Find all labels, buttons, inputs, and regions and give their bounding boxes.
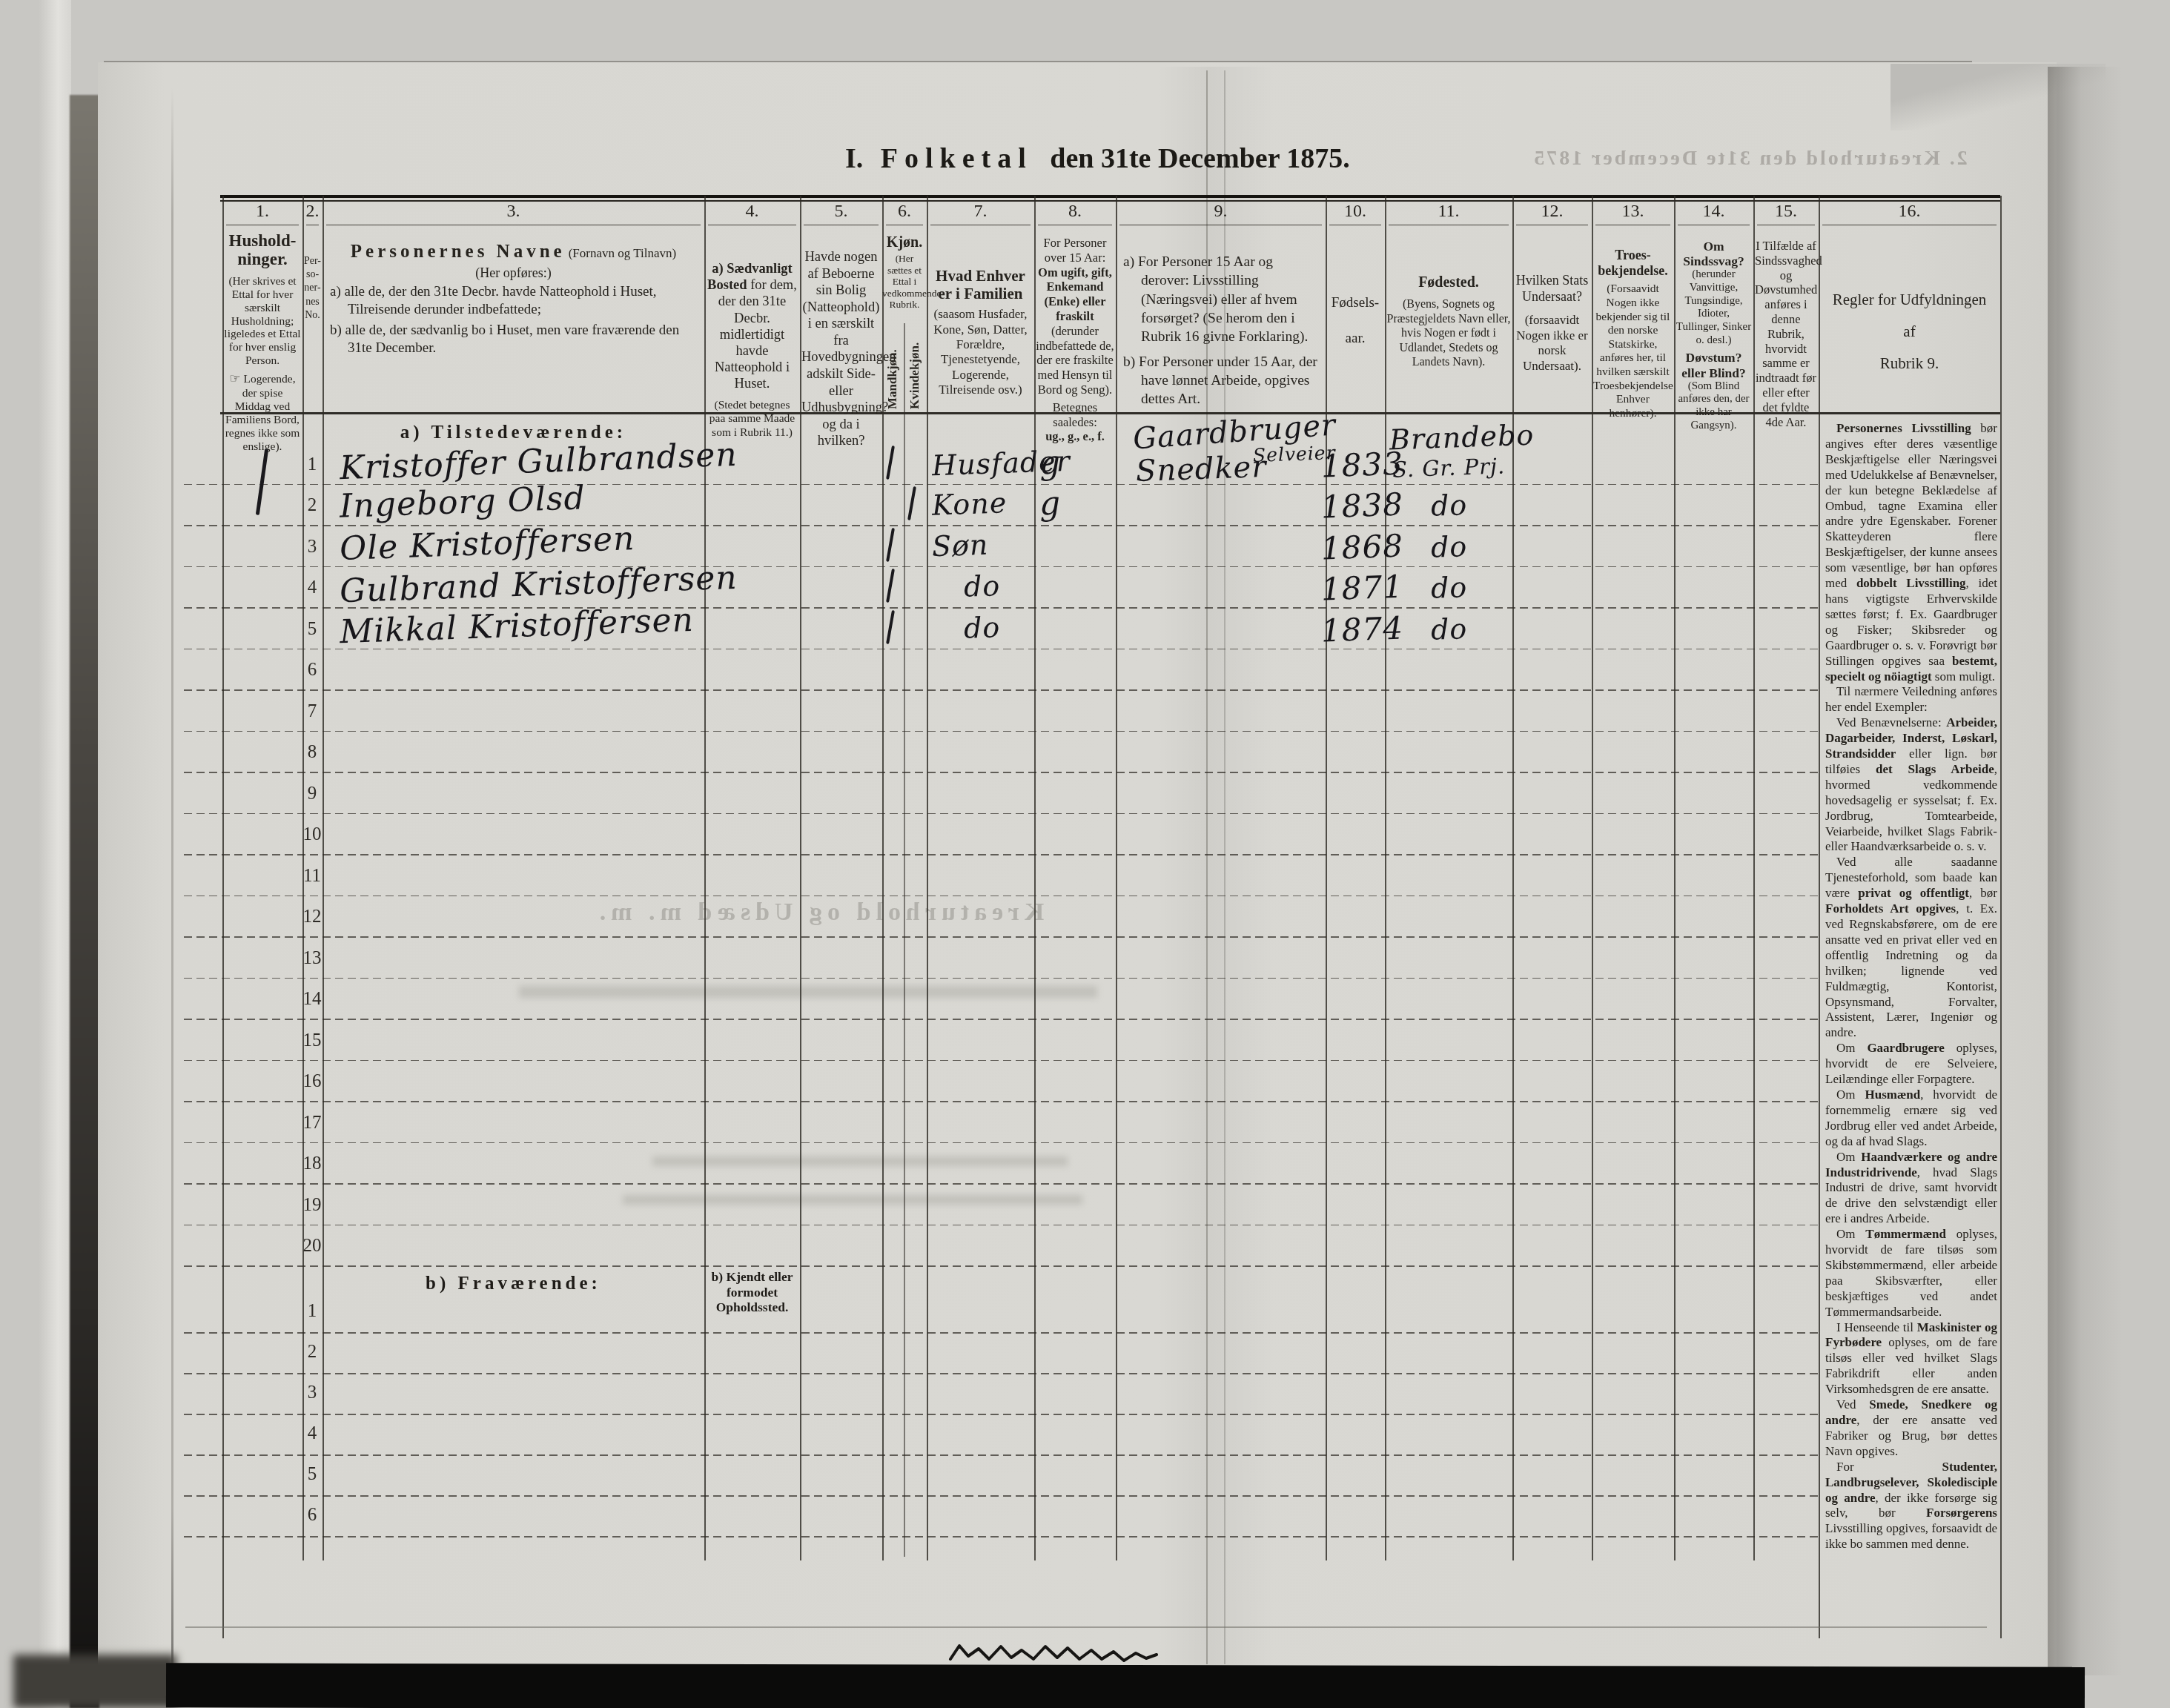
row-line (184, 1536, 1819, 1537)
column-number-underline (1119, 225, 1322, 225)
header-citizenship-1: Hvilken Stats Undersaat? (1514, 273, 1590, 305)
row-line (184, 525, 1819, 526)
column-number-underline (1678, 225, 1750, 225)
row-line (184, 1142, 1819, 1144)
occupation-line2: Snedker (1135, 450, 1267, 489)
column-number: 10. (1326, 202, 1385, 224)
column-number: 15. (1753, 202, 1819, 224)
birthplace-ditto: do (1430, 612, 1468, 646)
row-line (184, 1332, 1819, 1334)
row-number: 3 (297, 537, 327, 557)
header-names-a: a) alle de, der den 31te Decbr. havde Na… (330, 283, 697, 320)
row-number: 5 (297, 619, 327, 640)
column-number-underline (306, 225, 319, 225)
header-names-heading: Personernes Navne (351, 242, 566, 262)
header-birthplace-title: Fødested. (1386, 274, 1511, 291)
column-number-underline (1389, 225, 1509, 225)
column-number: 8. (1034, 202, 1116, 224)
column-number-underline (886, 225, 923, 225)
row-line (184, 1019, 1819, 1020)
birth-year: 1871 (1320, 569, 1386, 608)
rules-paragraph: Om Tømmermænd oplyses, hvorvidt de fare … (1825, 1227, 1997, 1320)
row-number: 18 (297, 1153, 327, 1174)
row-line (184, 813, 1819, 815)
birth-year: 1838 (1320, 487, 1386, 526)
rules-paragraph: Om Haandværkere og andre Industridrivend… (1825, 1150, 1997, 1228)
rules-paragraph: Personernes Livsstilling bør angives eft… (1825, 421, 1997, 684)
row-line (184, 978, 1819, 979)
header-occupation-b: b) For Personer under 15 Aar, der have l… (1123, 353, 1318, 409)
row-number: 4 (297, 1423, 327, 1444)
header-onset-age: I Tilfælde af Sindssvaghed og Døvstumhed… (1755, 239, 1817, 429)
row-number: 1 (297, 454, 327, 475)
left-margin-edge (171, 87, 173, 1666)
header-rules: Regler for Udfyldningen af Rubrik 9. (1819, 291, 2000, 373)
rules-paragraph: Om Gaardbrugere oplyses, hvorvidt de ere… (1825, 1041, 1997, 1088)
header-birth-year: Fødsels- aar. (1326, 295, 1385, 347)
row-number: 19 (297, 1195, 327, 1216)
birthplace-ditto: do (1430, 571, 1468, 605)
header-family-note: (saasom Husfader, Kone, Søn, Datter, For… (928, 307, 1033, 397)
marital-status: g (1039, 485, 1062, 523)
rules-paragraph: Ved alle saadanne Tjenesteforhold, som b… (1825, 855, 1997, 1041)
column-number-underline (1822, 225, 1997, 225)
section-b-label: b) Fraværende: (322, 1274, 704, 1294)
row-number: 14 (297, 989, 327, 1010)
row-number: 17 (297, 1113, 327, 1133)
header-disability-q1: Om Sindssvag? (1676, 239, 1752, 268)
row-number: 6 (297, 660, 327, 681)
row-number: 3 (297, 1383, 327, 1403)
header-marital-t3: ug., g., e., f. (1035, 429, 1115, 444)
header-family-position: Hvad Enhver er i Familien (saasom Husfad… (928, 267, 1033, 398)
row-line (184, 566, 1819, 568)
row-number: 7 (297, 701, 327, 722)
row-number: 6 (297, 1505, 327, 1526)
column-number: 3. (322, 202, 704, 224)
row-number: 12 (297, 907, 327, 927)
row-number: 20 (297, 1236, 327, 1257)
column-number: 5. (800, 202, 882, 224)
header-names-sub: (Fornavn og Tilnavn) (569, 246, 676, 260)
scan-left-edge (39, 0, 71, 1708)
column-line (1116, 196, 1117, 1560)
marital-status: g (1039, 443, 1062, 482)
bleedthrough-blur (652, 1156, 1068, 1166)
header-occupation-a: a) For Personer 15 Aar og derover: Livss… (1123, 253, 1318, 347)
birthplace-ditto: do (1430, 489, 1468, 523)
scanned-census-page: 2. Kreaturhold den 31te December 1875 Kr… (0, 0, 2170, 1708)
row-line (184, 731, 1819, 732)
header-birthplace: Fødested. (Byens, Sognets og Præstegjeld… (1386, 274, 1511, 370)
row-number: 8 (297, 742, 327, 763)
header-rules-1: Regler for Udfyldningen (1819, 291, 2000, 309)
column-line (222, 196, 224, 1638)
header-outbuilding: Havde nogen af Beboerne sin Bolig (Natte… (801, 249, 881, 450)
rules-paragraph: Til nærmere Veiledning anføres her endel… (1825, 684, 1997, 715)
page-right-shadow (2048, 67, 2122, 1675)
header-names-b: b) alle de, der sædvanlig bo i Huset, me… (330, 322, 697, 358)
title-main: Folketal (881, 143, 1033, 174)
column-number: 9. (1116, 202, 1326, 224)
header-usual-residence-note: (Stedet betegnes paa samme Maade som i R… (706, 399, 798, 440)
row-line (184, 936, 1819, 938)
birth-year: 1868 (1320, 528, 1386, 566)
header-sex: Kjøn. (Her sættes et Ettal i vedkommende… (882, 234, 927, 311)
header-marital-pre: For Personer over 15 Aar: (1035, 236, 1115, 265)
rules-paragraph: For dem, der have Fattigunderstøttelse, … (1825, 1552, 1997, 1554)
rules-text-column: Personernes Livsstilling bør angives eft… (1825, 421, 1997, 1554)
row-line (184, 1060, 1819, 1062)
column-number: 6. (882, 202, 927, 224)
page-bottom-edge (185, 1626, 1987, 1628)
section-b-note: b) Kjendt eller formodet Opholdssted. (704, 1269, 800, 1315)
book-spine-shadow (70, 95, 99, 1708)
row-number: 4 (297, 577, 327, 598)
column-number-underline (930, 225, 1031, 225)
column-line (2000, 196, 2002, 1638)
row-line (184, 1414, 1819, 1415)
column-number-underline (708, 225, 796, 225)
header-households: Hushold- ninger. (Her skrives et Ettal f… (224, 231, 301, 454)
rules-paragraph: Om Husmænd, hvorvidt de fornemmelig ernæ… (1825, 1088, 1997, 1150)
row-line (184, 1495, 1819, 1497)
column-number-underline (1516, 225, 1588, 225)
column-number: 13. (1592, 202, 1674, 224)
column-line (1512, 196, 1514, 1560)
header-religion: Troes- bekjendelse. (Forsaavidt Nogen ik… (1593, 248, 1673, 420)
header-sex-male: Mandkjøn. (885, 326, 900, 409)
header-marital-t2: Betegnes saaledes: (1035, 400, 1115, 430)
row-line (184, 649, 1819, 650)
row-number: 5 (297, 1464, 327, 1485)
column-number: 14. (1674, 202, 1753, 224)
row-number: 2 (297, 1342, 327, 1363)
column-line (800, 196, 801, 1560)
column-number: 11. (1385, 202, 1512, 224)
table-top-border (220, 195, 2000, 198)
row-line (184, 854, 1819, 855)
header-occupation: a) For Personer 15 Aar og derover: Livss… (1116, 251, 1326, 409)
header-birth-year-2: aar. (1326, 331, 1385, 347)
header-religion-title: Troes- bekjendelse. (1593, 248, 1673, 278)
row-line (184, 1225, 1819, 1226)
header-disability-q2: Døvstum? eller Blind? (1676, 350, 1752, 380)
column-number: 7. (927, 202, 1034, 224)
family-position: do (963, 569, 1001, 603)
column-number-underline (804, 225, 879, 225)
row-line (184, 689, 1819, 691)
row-number: 13 (297, 948, 327, 969)
row-number: 11 (297, 866, 327, 887)
bleedthrough-text: Kreaturhold og Udsæd m. m. (467, 898, 1171, 927)
header-disability-n1: (herunder Vanvittige, Tungsindige, Idiot… (1676, 268, 1752, 347)
row-number: 15 (297, 1030, 327, 1051)
birth-year: 1874 (1320, 610, 1386, 649)
column-number: 4. (704, 202, 800, 224)
column-line (704, 196, 706, 1560)
header-sex-female: Kvindekjøn. (907, 320, 922, 409)
column-number-underline (1595, 225, 1670, 225)
header-households-note: (Her skrives et Ettal for hver særskilt … (224, 275, 301, 368)
rules-paragraph: I Henseende til Maskinister og Fyrbødere… (1825, 1320, 1997, 1398)
row-line (184, 1373, 1819, 1374)
column-line (1592, 196, 1593, 1560)
bottom-left-shadow (13, 1655, 176, 1708)
header-rules-3: Rubrik 9. (1819, 354, 2000, 373)
birthplace-ditto: do (1430, 530, 1468, 564)
rules-paragraph: Ved Benævnelserne: Arbeider, Dagarbeider… (1825, 715, 1997, 855)
column-number-underline (1329, 225, 1381, 225)
bleedthrough-blur (623, 1195, 1082, 1205)
header-marital-rest: (derunder indbefattede de, der ere frask… (1035, 324, 1115, 397)
header-households-title: Hushold- ninger. (224, 231, 301, 269)
family-position: do (963, 611, 1001, 645)
title-numeral: I. (845, 143, 863, 174)
column-line (1034, 196, 1036, 1560)
header-sex-note: (Her sættes et Ettal i vedkommende Rubri… (882, 253, 927, 311)
row-number: 9 (297, 784, 327, 804)
header-family-title: Hvad Enhver er i Familien (928, 267, 1033, 302)
column-number-underline (326, 225, 701, 225)
title-date: den 31te December 1875. (1050, 143, 1350, 174)
bleedthrough-blur (519, 986, 1097, 998)
header-citizenship-2: (forsaavidt Nogen ikke er norsk Undersaa… (1514, 313, 1590, 374)
page-title: I. Folketal den 31te December 1875. (845, 142, 1349, 175)
family-position: Kone (931, 486, 1008, 522)
column-number-underline (1757, 225, 1815, 225)
header-names: Personernes Navne (Fornavn og Tilnavn) (… (322, 242, 704, 357)
header-person-no: Per- so- ner- nes No. (302, 255, 322, 322)
sex-subcolumn-divider (904, 323, 905, 1557)
column-number-underline (1038, 225, 1112, 225)
column-number: 16. (1819, 202, 2000, 224)
header-birth-year-1: Fødsels- (1326, 295, 1385, 311)
rules-paragraph: For Studenter, Landbrugselever, Skoledis… (1825, 1460, 1997, 1552)
header-marital: For Personer over 15 Aar: Om ugift, gift… (1035, 236, 1115, 444)
header-birthplace-note: (Byens, Sognets og Præstegjeldets Navn e… (1386, 297, 1511, 370)
row-number: 10 (297, 824, 327, 845)
header-sex-title: Kjøn. (882, 234, 927, 251)
column-line (927, 196, 928, 1560)
header-disability: Om Sindssvag? (herunder Vanvittige, Tung… (1676, 239, 1752, 432)
column-number: 2. (302, 202, 322, 224)
column-number-underline (226, 225, 299, 225)
row-line (184, 607, 1819, 609)
row-number: 16 (297, 1071, 327, 1092)
column-number: 1. (222, 202, 302, 224)
row-line (184, 772, 1819, 773)
column-number: 12. (1512, 202, 1592, 224)
column-line (1674, 196, 1676, 1560)
birthplace-parish: S. Gr. Prj. (1392, 453, 1505, 482)
row-number: 2 (297, 495, 327, 516)
row-line (184, 1183, 1819, 1185)
header-rules-2: af (1819, 322, 2000, 341)
row-number: 1 (297, 1301, 327, 1322)
row-line (184, 1265, 1819, 1267)
column-line (882, 196, 884, 1560)
bottom-scan-shadow (166, 1663, 2085, 1708)
family-position: Søn (931, 528, 989, 563)
header-citizenship: Hvilken Stats Undersaat? (forsaavidt Nog… (1514, 273, 1590, 374)
column-line (1326, 196, 1327, 1560)
rules-paragraph: Ved Smede, Snedkere og andre, der ere an… (1825, 1397, 1997, 1460)
column-line (1753, 196, 1755, 1560)
page-top-edge (104, 61, 1972, 62)
column-line (1819, 196, 1820, 1638)
row-line (184, 896, 1819, 897)
header-disability-n2: (Som Blind anføres den, der ikke har Gan… (1676, 380, 1752, 433)
row-line (184, 1101, 1819, 1102)
header-names-opf: (Her opføres:) (322, 265, 704, 281)
header-usual-residence: a) Sædvanligt Bosted for dem, der den 31… (706, 261, 798, 440)
header-marital-bold: Om ugift, gift, Enkemand (Enke) eller fr… (1035, 265, 1115, 324)
birthplace: Brandebo (1389, 419, 1535, 457)
bleedthrough-text: 2. Kreaturhold den 31te December 1875 (1490, 147, 2009, 171)
column-line (1385, 196, 1386, 1560)
header-religion-note: (Forsaavidt Nogen ikke bekjender sig til… (1593, 282, 1673, 420)
row-line (184, 1454, 1819, 1456)
manicule-icon: ☞ (229, 371, 240, 386)
header-usual-residence-rest: for dem, der den 31te Decbr. midlertidig… (715, 278, 797, 391)
